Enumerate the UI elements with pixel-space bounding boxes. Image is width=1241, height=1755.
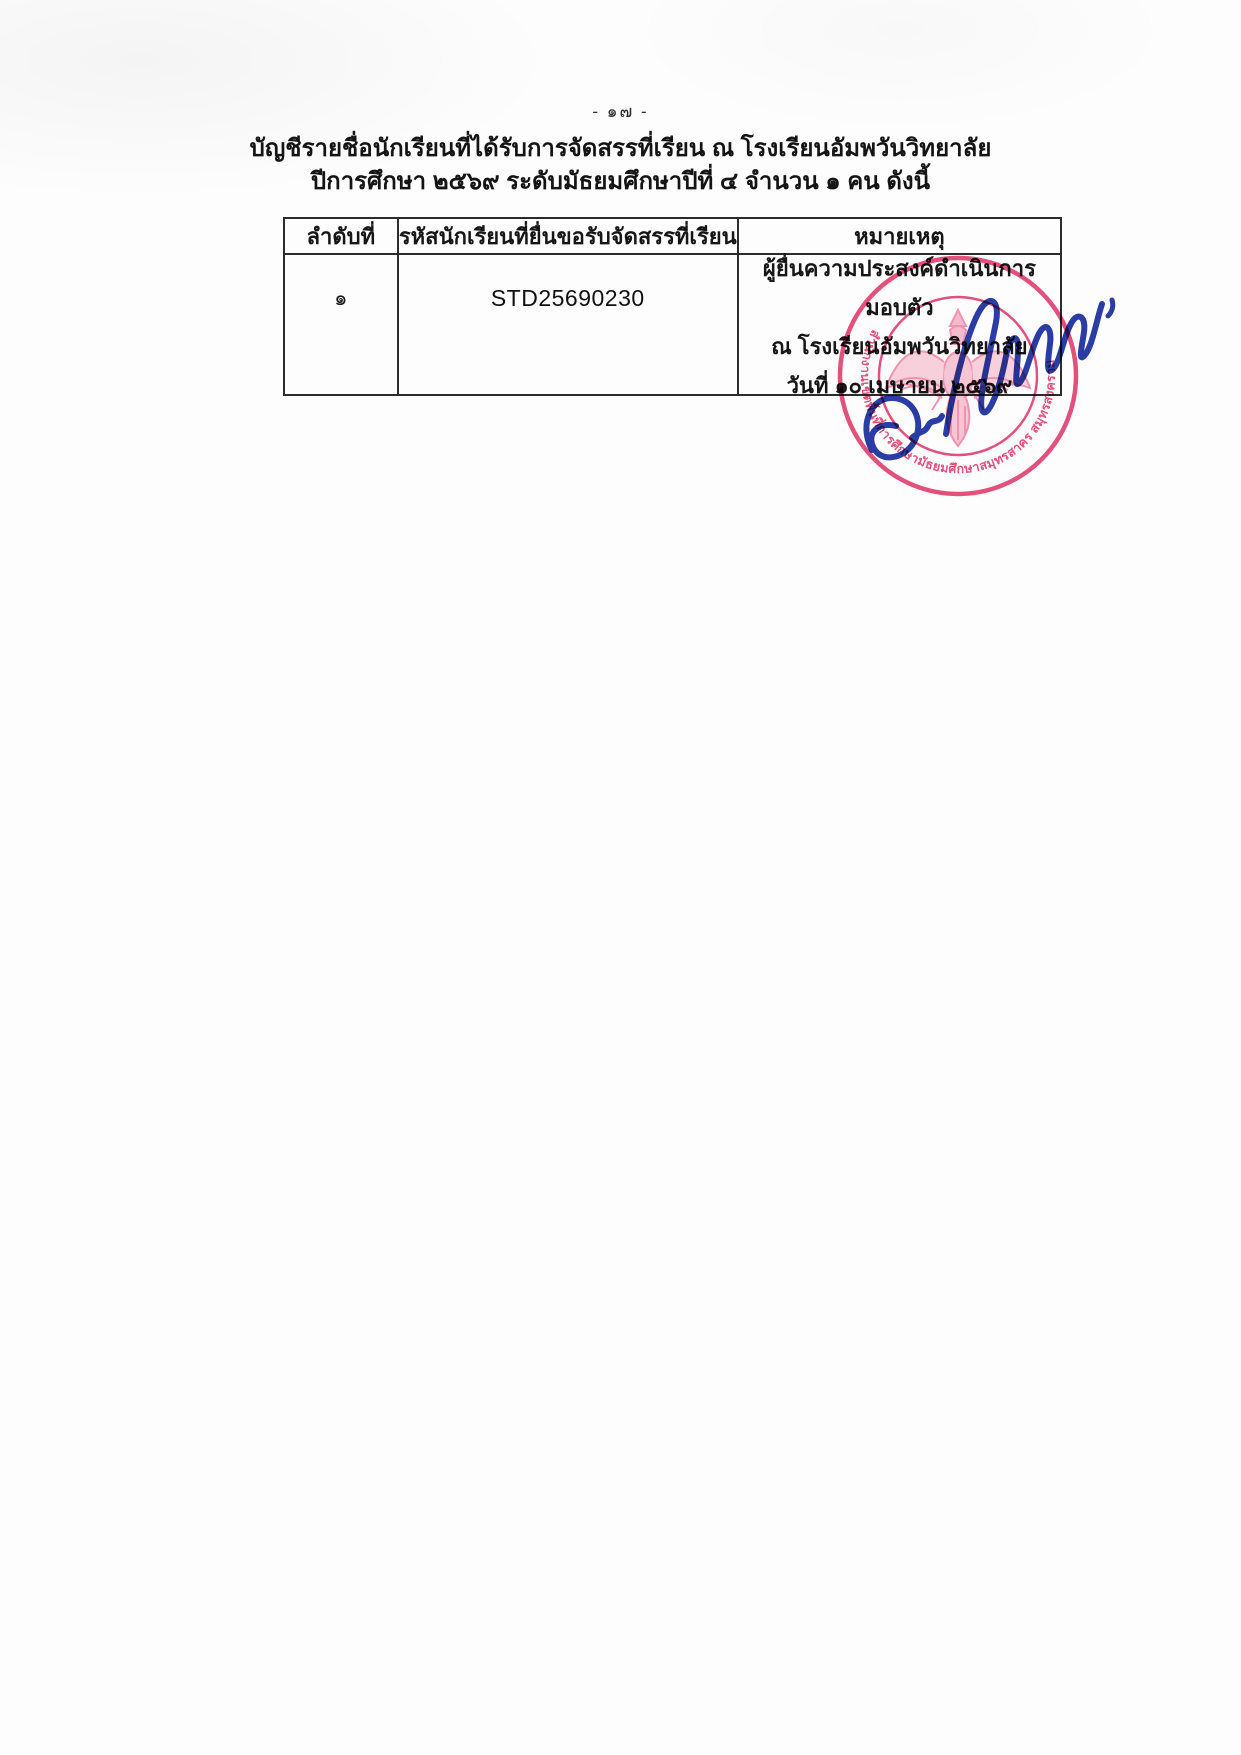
remark-line3: วันที่ ๑๐ เมษายน ๒๕๖๙ (739, 366, 1060, 405)
remark-line2: ณ โรงเรียนอัมพวันวิทยาลัย (739, 327, 1060, 366)
page-number: - ๑๗ - (0, 98, 1241, 125)
document-title-line2: ปีการศึกษา ๒๕๖๙ ระดับมัธยมศึกษาปีที่ ๔ จ… (0, 161, 1241, 200)
cell-student-code: STD25690230 (399, 255, 739, 394)
remark-line1: ผู้ยื่นความประสงค์ดำเนินการมอบตัว (739, 249, 1060, 327)
cell-order: ๑ (285, 255, 399, 394)
header-student-code: รหัสนักเรียนที่ยื่นขอรับจัดสรรที่เรียน (399, 219, 739, 255)
order-value: ๑ (334, 282, 347, 315)
allocation-table: ลำดับที่ รหัสนักเรียนที่ยื่นขอรับจัดสรรท… (283, 217, 1062, 396)
scanned-document-page: - ๑๗ - บัญชีรายชื่อนักเรียนที่ได้รับการจ… (0, 0, 1241, 1755)
table-row: ๑ STD25690230 ผู้ยื่นความประสงค์ดำเนินกา… (285, 255, 1060, 394)
header-order: ลำดับที่ (285, 219, 399, 255)
student-code-value: STD25690230 (491, 285, 645, 312)
remark-text: ผู้ยื่นความประสงค์ดำเนินการมอบตัว ณ โรงเ… (739, 249, 1060, 405)
cell-remark: ผู้ยื่นความประสงค์ดำเนินการมอบตัว ณ โรงเ… (739, 255, 1060, 394)
